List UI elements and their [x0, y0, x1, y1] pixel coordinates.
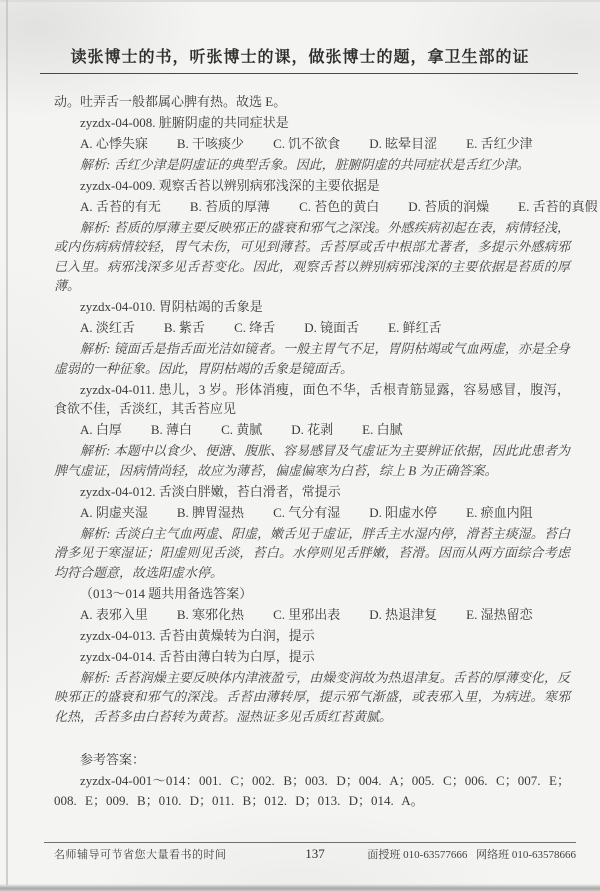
option: B. 苔质的厚薄 [190, 199, 270, 214]
reference-title: 参考答案： [54, 750, 570, 770]
option: C. 里邪出表 [273, 607, 340, 622]
question-id: zyzdx-04-009. [80, 178, 155, 193]
options-row: A. 阴虚夹湿B. 脾胃湿热C. 气分有湿D. 阳虚水停E. 瘀血内阻 [54, 503, 570, 523]
shared-options-row: A. 表邪入里B. 寒邪化热C. 里邪出表D. 热退津复E. 湿热留恋 [54, 605, 570, 625]
analysis-text: 解析: 舌淡白主气血两虚、阳虚，嫩舌见于虚证，胖舌主水湿内停，滑苔主痰湿。苔白滑… [54, 524, 570, 583]
scanned-page: 读张博士的书，听张博士的课，做张博士的题，拿卫生部的证 动。吐弄舌一般都属心脾有… [0, 0, 600, 891]
question-id: zyzdx-04-010. [80, 299, 155, 314]
question-stem: 脏腑阴虚的共同症状是 [159, 115, 289, 130]
question-list: zyzdx-04-008. 脏腑阴虚的共同症状是 A. 心悸失寐B. 干咳痰少C… [54, 113, 570, 583]
option: B. 干咳痰少 [177, 136, 244, 151]
option: E. 湿热留恋 [466, 607, 532, 622]
options-row: A. 淡红舌B. 紫舌C. 绛舌D. 镜面舌E. 鲜红舌 [54, 318, 570, 338]
shared-question-014: zyzdx-04-014. 舌苔由薄白转为白厚，提示 [54, 647, 570, 667]
option: A. 表邪入里 [80, 607, 148, 622]
option: A. 淡红舌 [80, 320, 135, 335]
options-row: A. 舌苔的有无B. 苔质的厚薄C. 苔色的黄白D. 苔质的润燥E. 舌苔的真假 [54, 197, 570, 217]
question-block: zyzdx-04-011. 患儿，3 岁。形体消瘦，面色不华，舌根青筋显露，容易… [54, 380, 570, 481]
options-row: A. 心悸失寐B. 干咳痰少C. 饥不欲食D. 眩晕目涩E. 舌红少津 [54, 134, 570, 154]
scan-edge-bottom [0, 884, 600, 891]
shared-analysis-text: 解析: 舌苔润燥主要反映体内津液盈亏，由燥变润故为热退津复。舌苔的厚薄变化，反映… [54, 668, 570, 727]
page-footer: 名师辅导可节省您大量看书的时间 137 面授班 010-63577666 网络班… [44, 842, 576, 862]
question-stem: 舌淡白胖嫩，苔白滑者，常提示 [159, 484, 341, 499]
footer-online-class-phone: 网络班 010-63578666 [476, 849, 576, 861]
analysis-text: 解析: 镜面舌是指舌面光洁如镜者。一般主胃气不足，胃阴枯竭或气血两虚，亦是全身虚… [54, 339, 570, 378]
option: C. 苔色的黄白 [299, 199, 379, 214]
reference-answers-section: 参考答案： zyzdx-04-001～014：001. C；002. B；003… [54, 750, 570, 810]
option: C. 气分有湿 [273, 505, 340, 520]
shared-group-title: （013～014 题共用备选答案） [54, 584, 570, 604]
option: E. 舌红少津 [466, 136, 532, 151]
option: A. 阴虚夹湿 [80, 505, 148, 520]
footer-slogan: 名师辅导可节省您大量看书的时间 [44, 846, 285, 862]
option: A. 舌苔的有无 [80, 199, 161, 214]
question-id: zyzdx-04-011. [80, 382, 155, 397]
option: B. 寒邪化热 [177, 607, 244, 622]
header-rule [40, 73, 578, 74]
question-block: zyzdx-04-012. 舌淡白胖嫩，苔白滑者，常提示 A. 阴虚夹湿B. 脾… [54, 482, 570, 583]
option: D. 眩晕目涩 [369, 136, 437, 151]
shared-question-013: zyzdx-04-013. 舌苔由黄燥转为白润，提示 [54, 626, 570, 646]
option: B. 紫舌 [164, 320, 205, 335]
option: E. 舌苔的真假 [518, 199, 597, 214]
option: C. 饥不欲食 [273, 136, 340, 151]
option: D. 苔质的润燥 [408, 199, 489, 214]
shared-options-group: （013～014 题共用备选答案） A. 表邪入里B. 寒邪化热C. 里邪出表D… [54, 584, 570, 727]
option: D. 花剥 [291, 422, 333, 437]
scan-edge-top [0, 0, 600, 2]
option: B. 薄白 [151, 422, 192, 437]
footer-onsite-class-phone: 面授班 010-63577666 [367, 849, 467, 861]
reference-answer-key: zyzdx-04-001～014：001. C；002. B；003. D；00… [54, 771, 570, 810]
option: E. 鲜红舌 [388, 320, 441, 335]
analysis-text: 解析: 苔质的厚薄主要反映邪正的盛衰和邪气之深浅。外感疾病初起在表，病情轻浅，或… [54, 218, 570, 296]
question-stem: 观察舌苔以辨别病邪浅深的主要依据是 [159, 178, 380, 193]
footer-contact: 面授班 010-63577666 网络班 010-63578666 [345, 846, 576, 862]
question-id: zyzdx-04-008. [80, 115, 155, 130]
question-block: zyzdx-04-010. 胃阴枯竭的舌象是 A. 淡红舌B. 紫舌C. 绛舌D… [54, 297, 570, 378]
page-header: 读张博士的书，听张博士的课，做张博士的题，拿卫生部的证 [0, 44, 600, 74]
option: E. 瘀血内阻 [466, 505, 532, 520]
analysis-text: 解析: 舌红少津是阴虚证的典型舌象。因此，脏腑阴虚的共同症状是舌红少津。 [54, 155, 570, 175]
options-row: A. 白厚B. 薄白C. 黄腻D. 花剥E. 白腻 [54, 420, 570, 440]
option: D. 镜面舌 [304, 320, 359, 335]
analysis-text: 解析: 本题中以食少、便溏、腹胀、容易感冒及气虚证为主要辨证依据，因此此患者为脾… [54, 441, 570, 480]
option: D. 阳虚水停 [369, 505, 437, 520]
option: E. 白腻 [362, 422, 402, 437]
page-body: 动。吐弄舌一般都属心脾有热。故选 E。 zyzdx-04-008. 脏腑阴虚的共… [0, 90, 600, 812]
question-id: zyzdx-04-012. [80, 484, 155, 499]
continuation-text: 动。吐弄舌一般都属心脾有热。故选 E。 [54, 92, 570, 112]
option: A. 心悸失寐 [80, 136, 148, 151]
question-block: zyzdx-04-008. 脏腑阴虚的共同症状是 A. 心悸失寐B. 干咳痰少C… [54, 113, 570, 175]
question-stem: 胃阴枯竭的舌象是 [159, 299, 263, 314]
option: B. 脾胃湿热 [177, 505, 244, 520]
header-slogan: 读张博士的书，听张博士的课，做张博士的题，拿卫生部的证 [0, 44, 600, 67]
page-number: 137 [285, 846, 345, 862]
question-block: zyzdx-04-009. 观察舌苔以辨别病邪浅深的主要依据是 A. 舌苔的有无… [54, 176, 570, 296]
option: D. 热退津复 [369, 607, 437, 622]
option: C. 黄腻 [221, 422, 262, 437]
option: C. 绛舌 [234, 320, 275, 335]
option: A. 白厚 [80, 422, 122, 437]
